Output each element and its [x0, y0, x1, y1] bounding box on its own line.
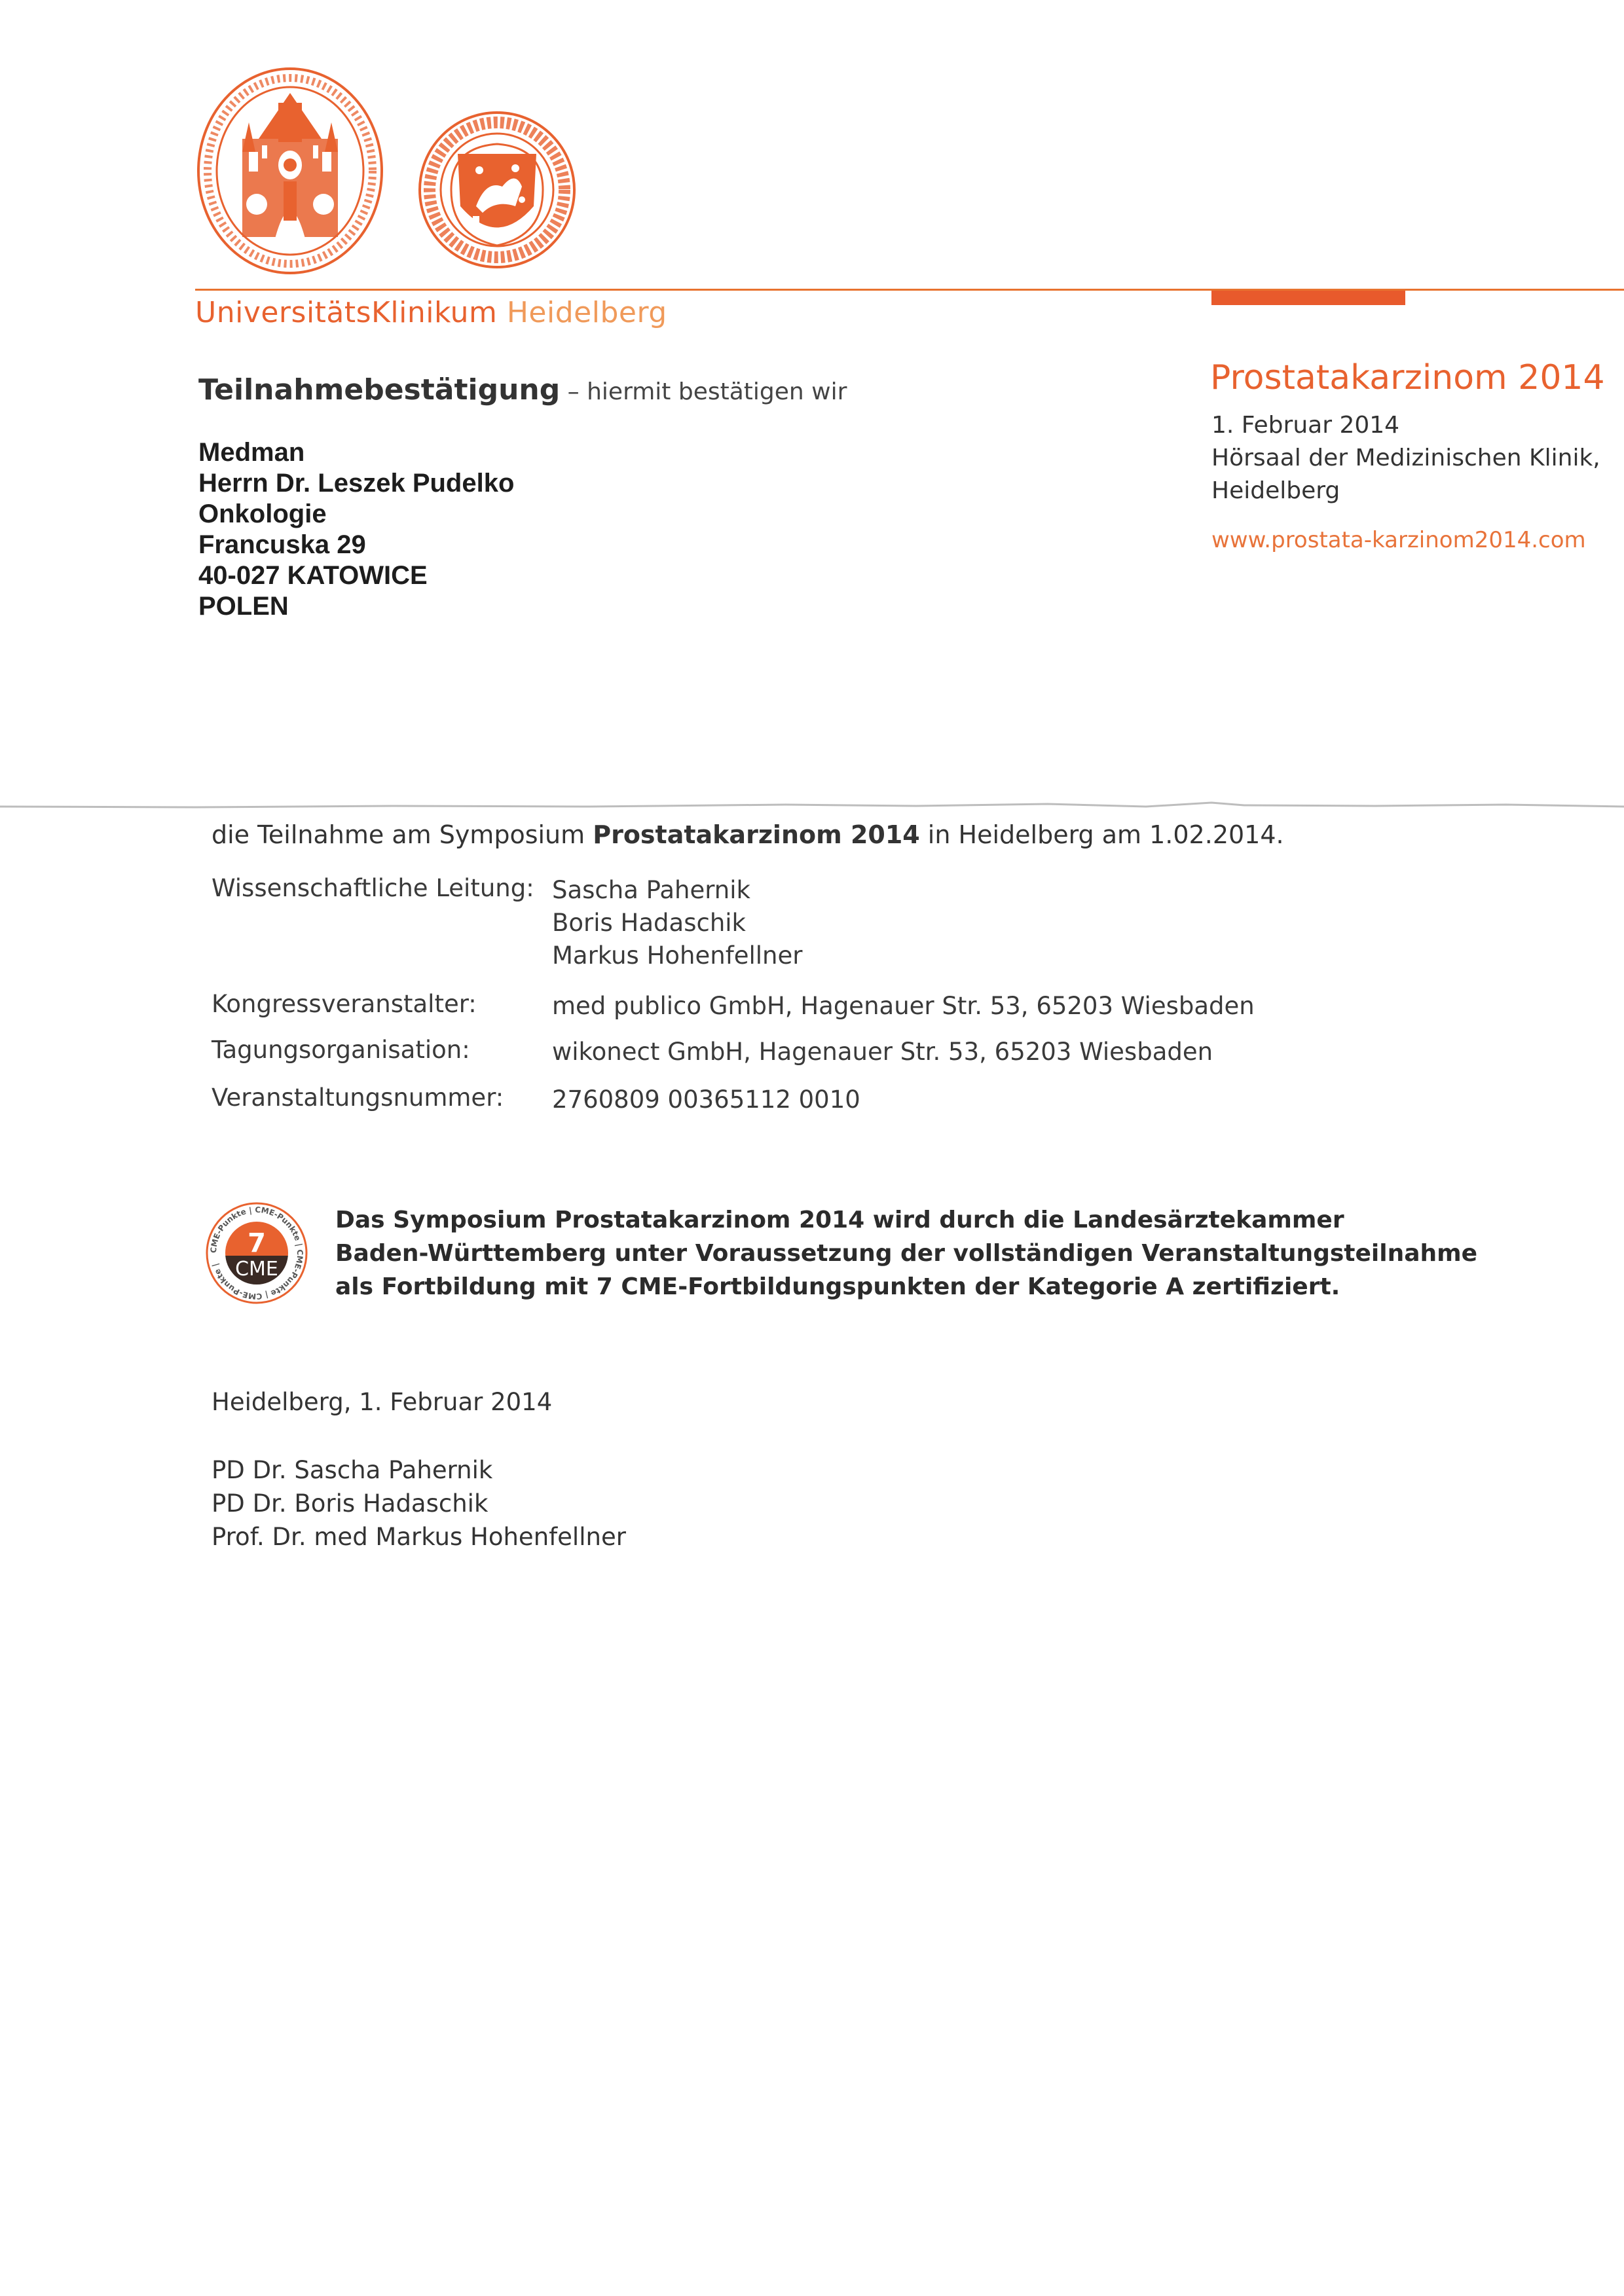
- detail-row-conference-organization: Tagungsorganisation:wikonect GmbH, Hagen…: [212, 1036, 1213, 1068]
- address-line: Francuska 29: [198, 530, 514, 560]
- address-line: 40-027 KATOWICE: [198, 560, 514, 591]
- document-title-rest: – hiermit bestätigen wir: [560, 378, 847, 405]
- address-line: Medman: [198, 437, 514, 468]
- detail-value: wikonect GmbH, Hagenauer Str. 53, 65203 …: [552, 1036, 1213, 1068]
- detail-label: Veranstaltungsnummer:: [212, 1084, 552, 1112]
- recipient-address: Medman Herrn Dr. Leszek Pudelko Onkologi…: [198, 437, 514, 622]
- paper-fold-line: [0, 799, 1624, 812]
- event-venue-line2: Heidelberg: [1211, 475, 1600, 507]
- document-title-bold: Teilnahmebestätigung: [198, 373, 560, 407]
- detail-row-congress-organizer: Kongressveranstalter:med publico GmbH, H…: [212, 990, 1255, 1023]
- address-line: Herrn Dr. Leszek Pudelko: [198, 468, 514, 499]
- confirmation-sentence: die Teilnahme am Symposium Prostatakarzi…: [212, 820, 1284, 849]
- detail-label: Kongressveranstalter:: [212, 990, 552, 1018]
- detail-value: med publico GmbH, Hagenauer Str. 53, 652…: [552, 990, 1255, 1023]
- event-venue-line1: Hörsaal der Medizinischen Klinik,: [1211, 442, 1600, 475]
- event-title: Prostatakarzinom 2014: [1210, 358, 1605, 397]
- medical-faculty-seal-icon: [417, 108, 577, 272]
- detail-value: Sascha Pahernik Boris Hadaschik Markus H…: [552, 874, 802, 972]
- header-rule: [195, 289, 1624, 291]
- cme-certification-text: Das Symposium Prostatakarzinom 2014 wird…: [335, 1203, 1477, 1303]
- signatory: Prof. Dr. med Markus Hohenfellner: [212, 1520, 626, 1554]
- signatories: PD Dr. Sascha Pahernik PD Dr. Boris Hada…: [212, 1453, 626, 1554]
- event-date: 1. Februar 2014: [1211, 409, 1600, 442]
- signatory: PD Dr. Boris Hadaschik: [212, 1487, 626, 1520]
- detail-label: Wissenschaftliche Leitung:: [212, 874, 552, 902]
- university-seal-icon: [196, 67, 384, 275]
- svg-text:CME: CME: [235, 1258, 278, 1281]
- event-details: 1. Februar 2014 Hörsaal der Medizinische…: [1211, 409, 1600, 507]
- detail-value: 2760809 00365112 0010: [552, 1084, 860, 1116]
- svg-text:7: 7: [248, 1228, 266, 1258]
- clinic-name: UniversitätsKlinikum Heidelberg: [195, 296, 667, 329]
- signatory: PD Dr. Sascha Pahernik: [212, 1453, 626, 1487]
- header-accent-bar: [1211, 291, 1405, 305]
- address-line: POLEN: [198, 591, 514, 622]
- clinic-name-part2: Heidelberg: [497, 296, 667, 329]
- detail-label: Tagungsorganisation:: [212, 1036, 552, 1064]
- detail-row-scientific-lead: Wissenschaftliche Leitung: Sascha Pahern…: [212, 874, 802, 972]
- detail-row-event-number: Veranstaltungsnummer:2760809 00365112 00…: [212, 1084, 860, 1116]
- address-line: Onkologie: [198, 499, 514, 530]
- document-title: Teilnahmebestätigung – hiermit bestätige…: [198, 373, 847, 407]
- symposium-name: Prostatakarzinom 2014: [593, 820, 919, 849]
- event-url-link[interactable]: www.prostata-karzinom2014.com: [1211, 527, 1586, 553]
- clinic-name-part1: UniversitätsKlinikum: [195, 296, 497, 329]
- cme-points-badge-icon: CME-Punkte | CME-Punkte | CME-Punkte | C…: [204, 1201, 309, 1305]
- place-and-date: Heidelberg, 1. Februar 2014: [212, 1388, 552, 1416]
